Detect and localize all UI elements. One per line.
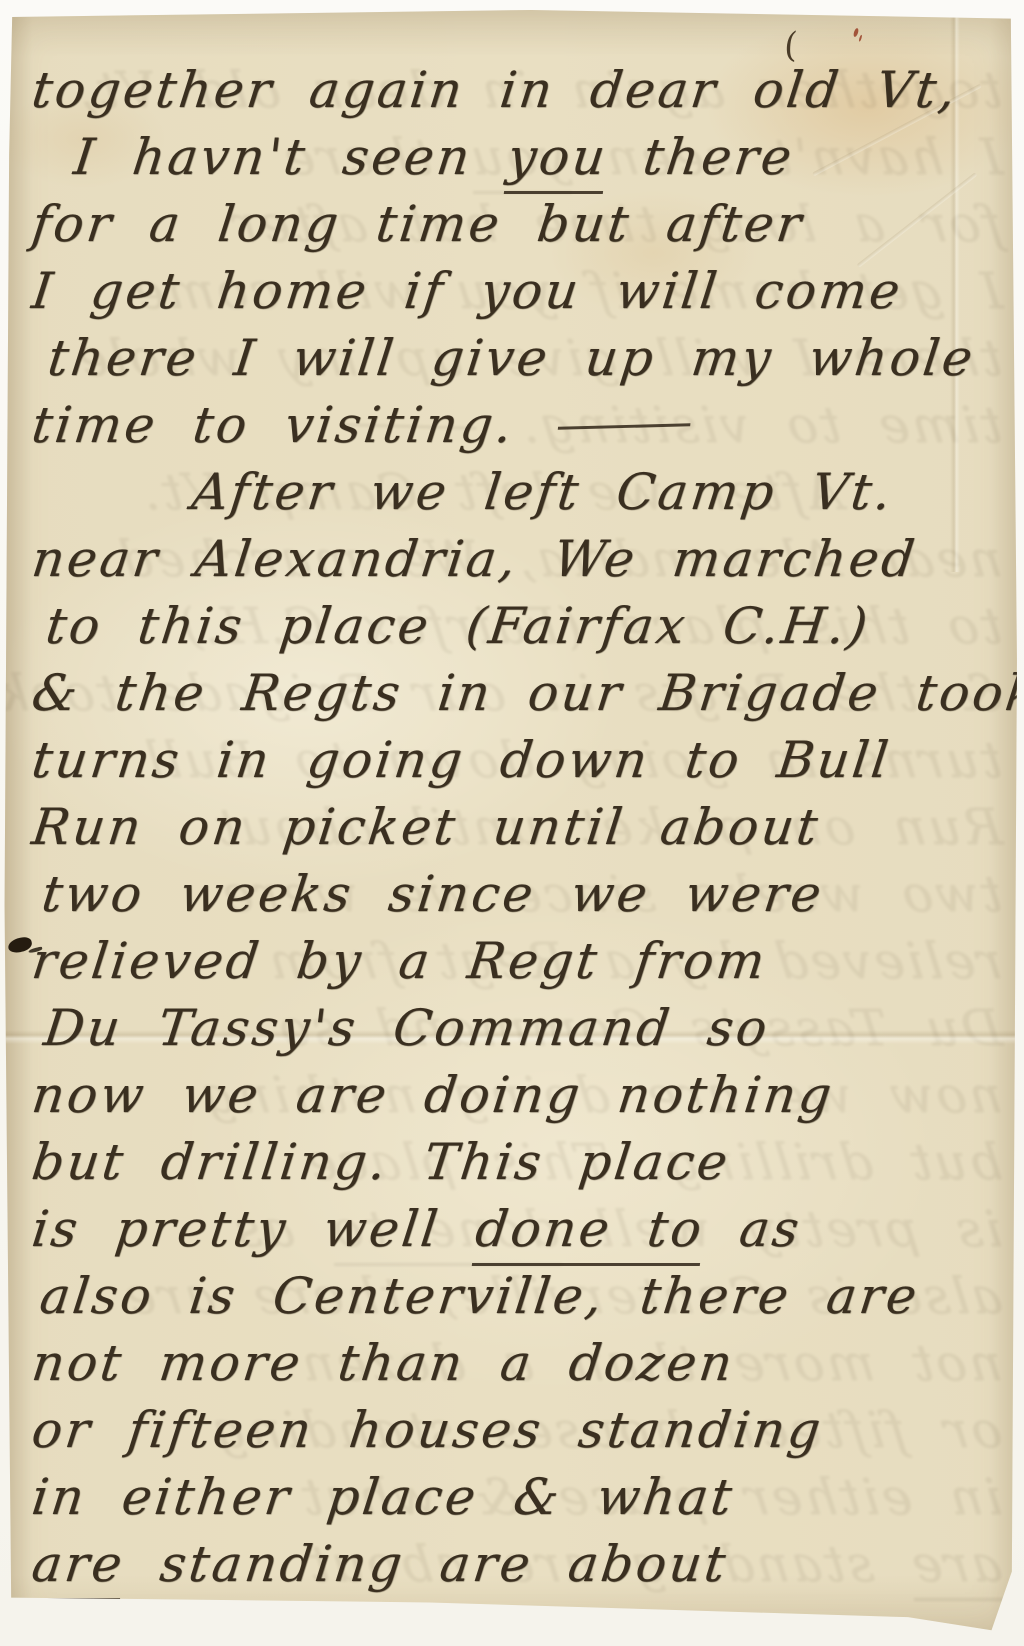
letter-text: there I will give up my whole bbox=[45, 329, 979, 387]
letter-text: or fifteen houses standing bbox=[29, 1401, 827, 1459]
letter-text: relieved by a Regt from bbox=[29, 932, 771, 990]
letter-line-14: relieved by a Regt from bbox=[28, 929, 1014, 996]
letter-line-1: together again in dear old Vt, bbox=[28, 58, 1014, 125]
letter-line-23: are standing are about bbox=[28, 1532, 1014, 1599]
underlined-word: you bbox=[504, 128, 612, 194]
letter-text: together again in dear old Vt, bbox=[29, 61, 962, 119]
letter-line-18: is pretty well done to as bbox=[28, 1197, 1014, 1264]
underlined-word: done to bbox=[471, 1200, 707, 1266]
letter-line-5: there I will give up my whole bbox=[44, 326, 1014, 393]
letter-text: I havn't seen bbox=[71, 128, 512, 186]
letter-text: near Alexandria, We marched bbox=[29, 530, 921, 588]
letter-text: for a long time but after bbox=[29, 195, 808, 253]
letter-line-2: I havn't seen you there bbox=[70, 125, 1014, 192]
letter-line-17: but drilling. This place bbox=[28, 1130, 1014, 1197]
letter-line-20: not more than a dozen bbox=[28, 1331, 1014, 1398]
stain-specks bbox=[853, 28, 860, 38]
letter-text: in either place & what bbox=[29, 1468, 738, 1526]
flourish-rule bbox=[558, 423, 691, 429]
letter-text: as bbox=[700, 1200, 804, 1258]
letter-text: two weeks since we were bbox=[39, 865, 827, 923]
underlined-word: are bbox=[28, 1535, 128, 1601]
letter-line-16: now we are doing nothing bbox=[28, 1063, 1014, 1130]
letter-line-3: for a long time but after bbox=[28, 192, 1014, 259]
letter-text: standing are about bbox=[121, 1535, 731, 1593]
letter-text: After we left Camp Vt. bbox=[189, 463, 897, 521]
letter-line-19: also is Centerville, there are bbox=[36, 1264, 1014, 1331]
letter-text: is pretty well bbox=[29, 1200, 480, 1258]
letter-text: time to visiting. bbox=[29, 396, 518, 454]
letter-line-6: time to visiting. bbox=[28, 393, 1014, 460]
letter-text: to this place (Fairfax C.H.) bbox=[43, 597, 874, 655]
letter-text: now we are doing nothing bbox=[29, 1066, 838, 1124]
letter-text: not more than a dozen bbox=[29, 1334, 738, 1392]
letter-line-11: turns in going down to Bull bbox=[28, 728, 1014, 795]
letter-text: but drilling. This place bbox=[29, 1133, 734, 1191]
text-layer: together again in dear old Vt,I havn't s… bbox=[28, 58, 1006, 1640]
letter-line-13: two weeks since we were bbox=[38, 862, 1014, 929]
letter-text: I get home if you will come bbox=[29, 262, 906, 320]
letter-line-4: I get home if you will come bbox=[28, 259, 1014, 326]
letter-line-12: Run on picket until about bbox=[28, 795, 1014, 862]
letter-line-8: near Alexandria, We marched bbox=[28, 527, 1014, 594]
letter-page: together again in dear old Vt,I havn't s… bbox=[2, 8, 1020, 1640]
letter-text: Run on picket until about bbox=[29, 798, 824, 856]
letter-text: & the Regts in our Brigade took bbox=[29, 664, 1024, 722]
letter-line-7: After we left Camp Vt. bbox=[188, 460, 1014, 527]
scanner-background: together again in dear old Vt,I havn't s… bbox=[0, 0, 1024, 1646]
letter-line-10: & the Regts in our Brigade took bbox=[28, 661, 1014, 728]
letter-text: Du Tassy's Command so bbox=[41, 999, 773, 1057]
letter-line-15: Du Tassy's Command so bbox=[40, 996, 1014, 1063]
letter-text: also is Centerville, there are bbox=[37, 1267, 923, 1325]
letter-line-21: or fifteen houses standing bbox=[28, 1398, 1014, 1465]
letter-line-22: in either place & what bbox=[28, 1465, 1014, 1532]
letter-text: turns in going down to Bull bbox=[29, 731, 894, 789]
letter-text: there bbox=[604, 128, 797, 186]
letter-line-9: to this place (Fairfax C.H.) bbox=[42, 594, 1014, 661]
